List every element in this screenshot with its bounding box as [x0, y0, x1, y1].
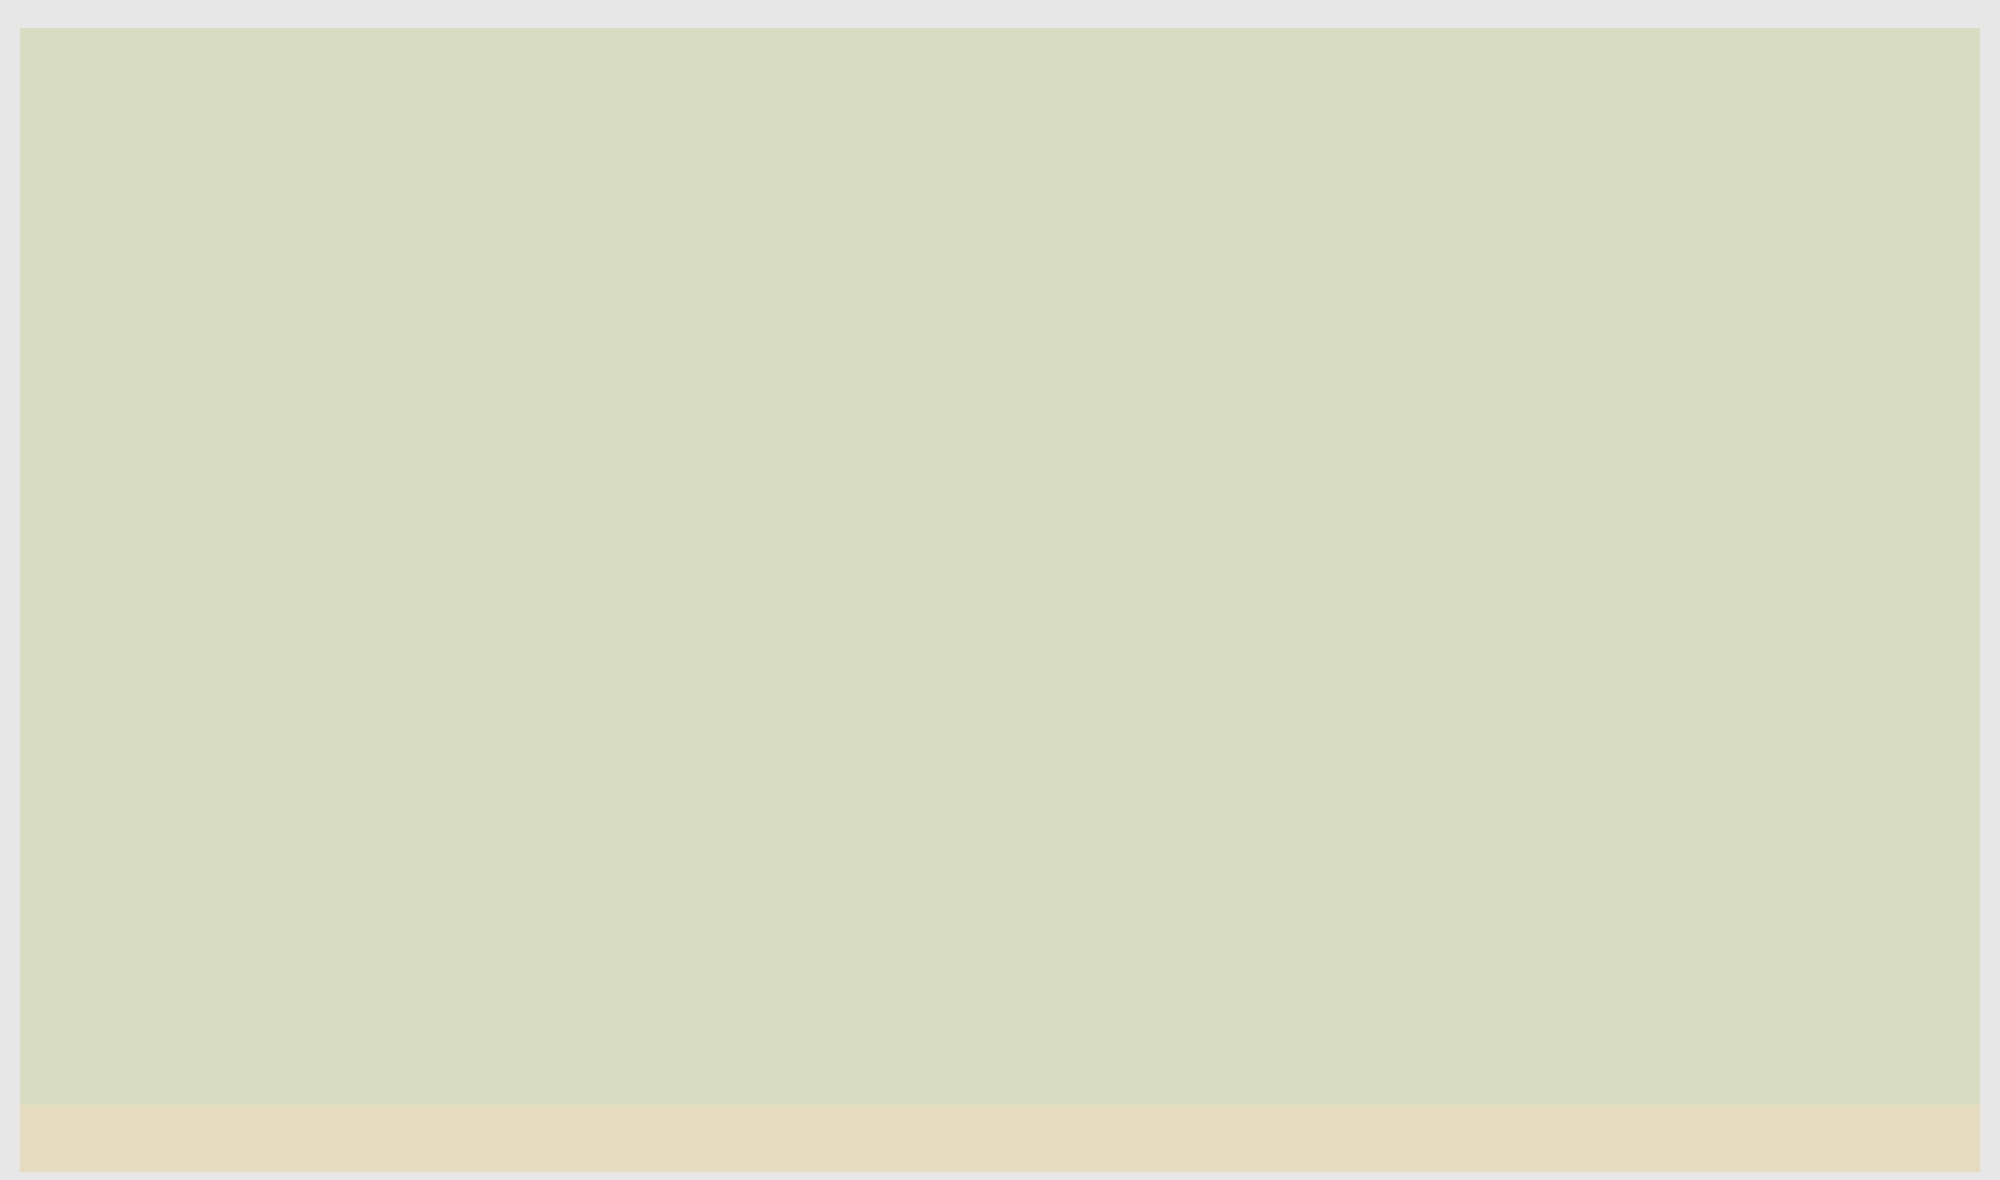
stability-chart [0, 0, 2000, 1180]
